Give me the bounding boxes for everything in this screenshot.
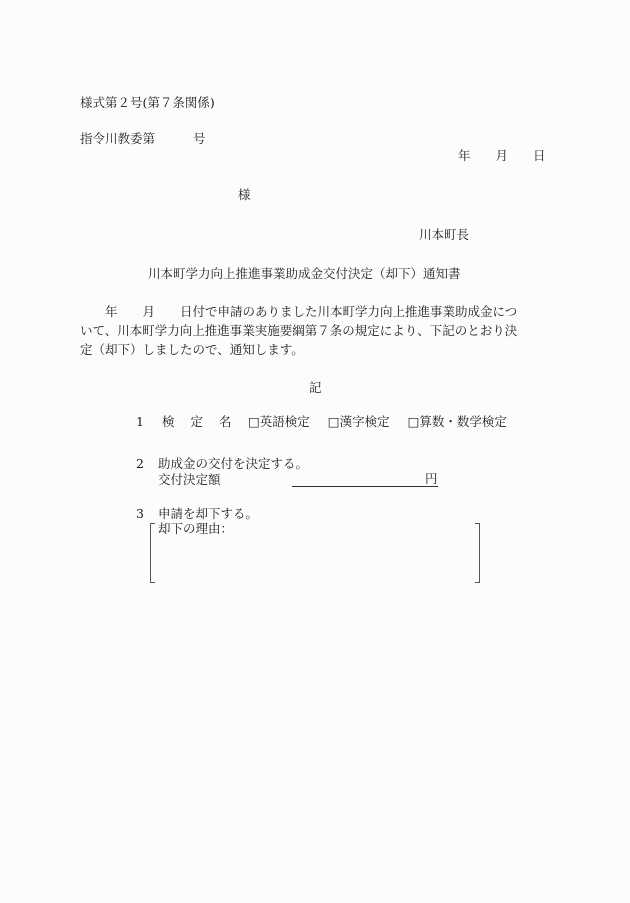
item-number: 2 <box>136 456 158 472</box>
date-month-label: 月 <box>496 148 509 163</box>
date-year-label: 年 <box>458 148 471 163</box>
reference-number: 指令川教委第号 <box>80 131 206 147</box>
checkbox-icon[interactable]: □ <box>248 414 260 429</box>
reason-bracket-left <box>150 523 155 583</box>
reason-bracket-right <box>475 523 480 583</box>
sender-name: 川本町長 <box>419 227 469 243</box>
item-rejection: 3申請を却下する。 <box>136 506 258 522</box>
date-day-label: 日 <box>533 148 546 163</box>
checkbox-icon[interactable]: □ <box>328 414 340 429</box>
rejection-reason-label: 却下の理由： <box>158 521 233 537</box>
issue-date: 年月日 <box>458 148 546 164</box>
option-kanji-exam[interactable]: □漢字検定 <box>328 414 390 430</box>
body-year-label: 年 <box>105 304 118 319</box>
item-grant-decision: 2助成金の交付を決定する。 <box>136 456 308 472</box>
checkbox-icon[interactable]: □ <box>408 414 420 429</box>
reference-suffix: 号 <box>193 131 206 146</box>
body-line-1-text: 日付で申請のありました川本町学力向上推進事業助成金につ <box>180 304 517 319</box>
ki-heading: 記 <box>309 380 322 396</box>
exam-name-label: 検定名 <box>162 414 244 430</box>
grant-amount-label: 交付決定額 <box>158 472 221 488</box>
body-line-1: 年月日付で申請のありました川本町学力向上推進事業助成金につ <box>80 302 552 321</box>
form-number: 様式第２号(第７条関係) <box>80 95 215 111</box>
recipient-honorific: 様 <box>238 187 251 203</box>
item-number: 1 <box>136 414 158 430</box>
body-line-2: いて、川本町学力向上推進事業実施要綱第７条の規定により、下記のとおり決 <box>80 321 552 340</box>
body-line-3: 定（却下）しましたので、通知します。 <box>80 340 552 359</box>
document-title: 川本町学力向上推進事業助成金交付決定（却下）通知書 <box>148 266 461 282</box>
grant-amount-field[interactable] <box>292 486 438 487</box>
option-label: 算数・数学検定 <box>419 414 507 429</box>
item-text: 申請を却下する。 <box>158 506 258 521</box>
option-math-exam[interactable]: □算数・数学検定 <box>408 414 507 430</box>
option-label: 漢字検定 <box>340 414 390 429</box>
reference-prefix: 指令川教委第 <box>80 131 155 146</box>
option-english-exam[interactable]: □英語検定 <box>248 414 310 430</box>
item-exam-name: 1 検定名 □英語検定 □漢字検定 □算数・数学検定 <box>136 414 521 430</box>
item-text: 助成金の交付を決定する。 <box>158 456 308 471</box>
item-number: 3 <box>136 506 158 522</box>
option-label: 英語検定 <box>260 414 310 429</box>
currency-unit: 円 <box>425 471 438 487</box>
body-paragraph: 年月日付で申請のありました川本町学力向上推進事業助成金につ いて、川本町学力向上… <box>80 302 552 359</box>
body-month-label: 月 <box>143 304 156 319</box>
